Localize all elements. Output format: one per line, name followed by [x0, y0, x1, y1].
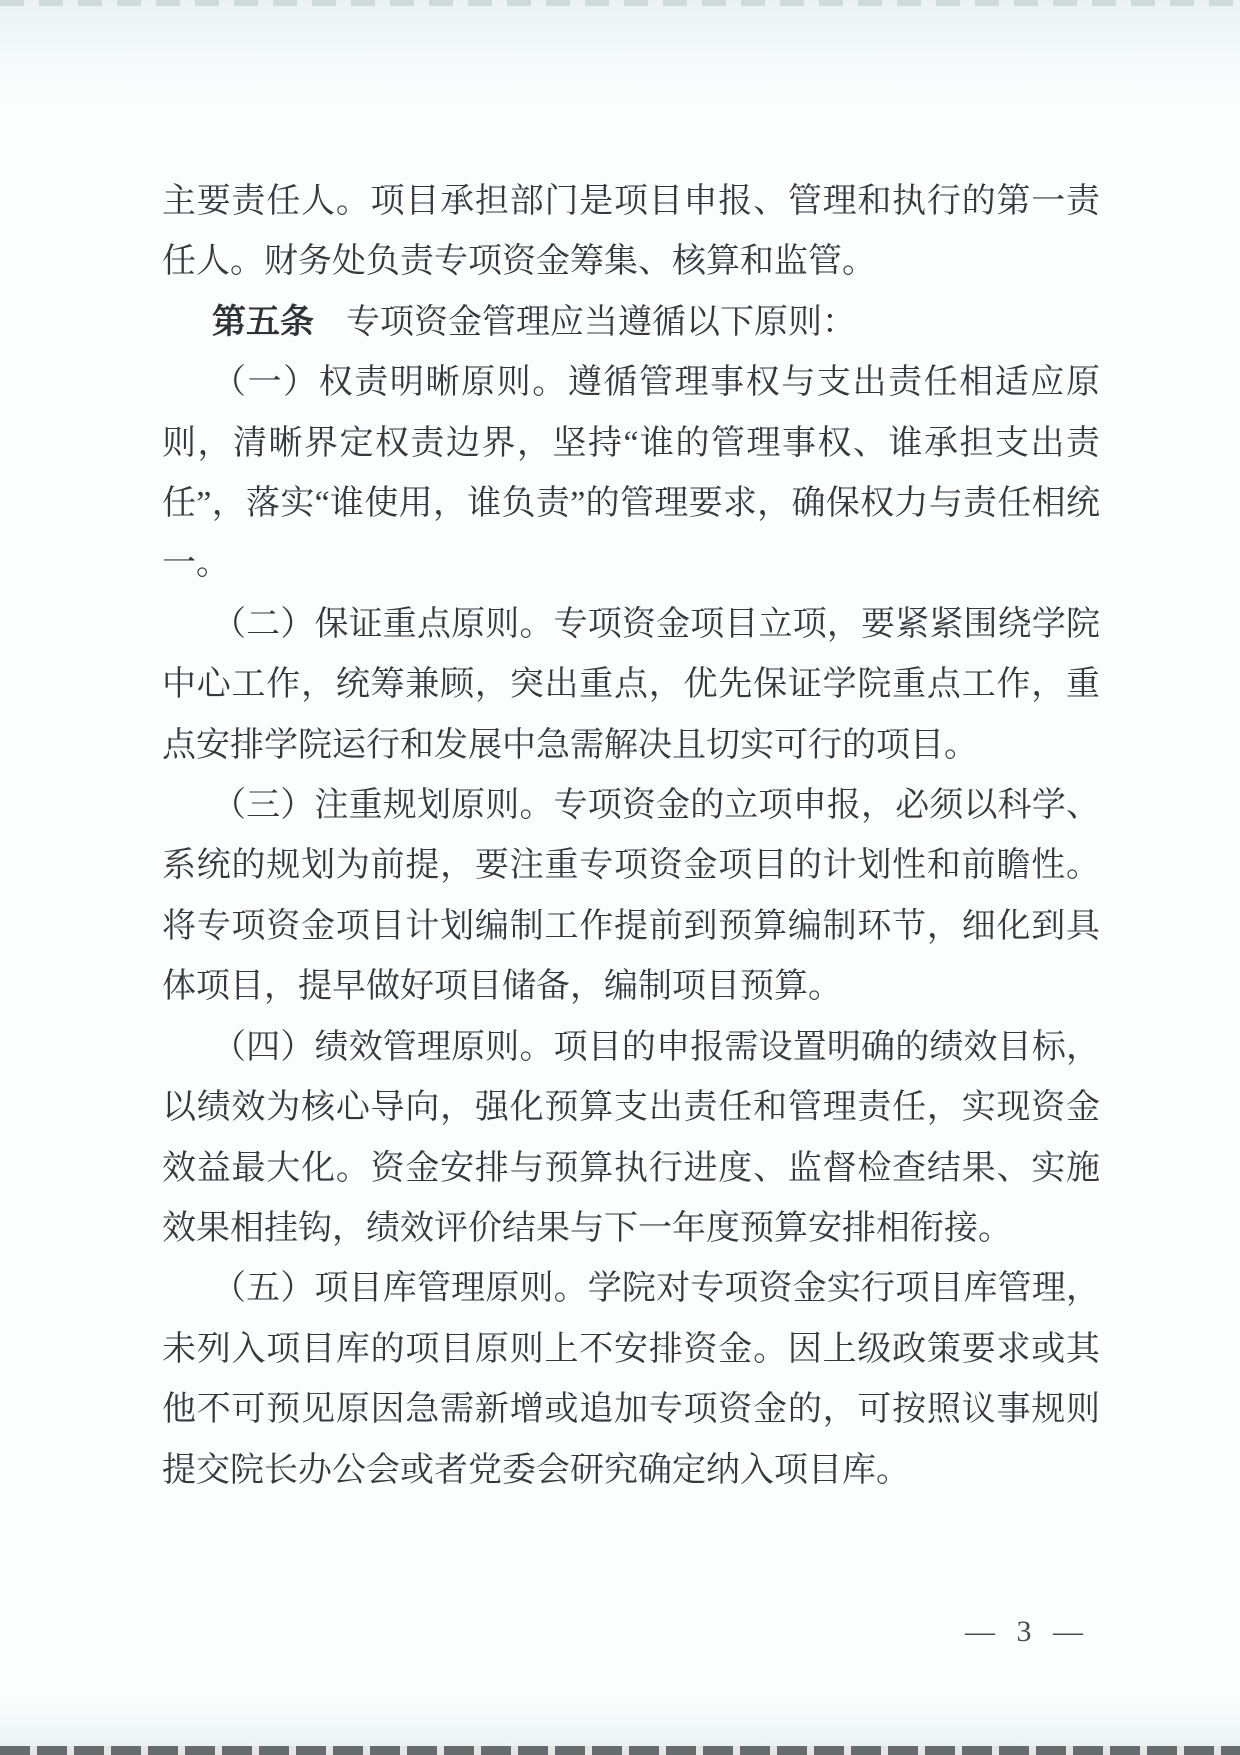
- document-body: 主要责任人。项目承担部门是项目申报、管理和执行的第一责任人。财务处负责专项资金筹…: [162, 172, 1100, 1501]
- scanned-document-page: 主要责任人。项目承担部门是项目申报、管理和执行的第一责任人。财务处负责专项资金筹…: [0, 0, 1240, 1755]
- scan-artifact-bottom-wash: [0, 1694, 1240, 1746]
- principle-item-5: （五）项目库管理原则。学院对专项资金实行项目库管理，未列入项目库的项目原则上不安…: [162, 1259, 1100, 1501]
- principle-item-4: （四）绩效管理原则。项目的申报需设置明确的绩效目标，以绩效为核心导向，强化预算支…: [162, 1018, 1100, 1260]
- article-heading-text: 专项资金管理应当遵循以下原则：: [346, 304, 856, 341]
- article-heading: 第五条专项资金管理应当遵循以下原则：: [162, 293, 1100, 353]
- principle-item-2: （二）保证重点原则。专项资金项目立项，要紧紧围绕学院中心工作，统筹兼顾，突出重点…: [162, 595, 1100, 776]
- scan-artifact-bottom-edge: [0, 1746, 1240, 1755]
- page-number: — 3 —: [965, 1612, 1090, 1652]
- article-number: 第五条: [212, 304, 314, 341]
- scan-artifact-top-edge: [0, 0, 1240, 6]
- paragraph-continuation: 主要责任人。项目承担部门是项目申报、管理和执行的第一责任人。财务处负责专项资金筹…: [162, 172, 1100, 293]
- principle-item-3: （三）注重规划原则。专项资金的立项申报，必须以科学、系统的规划为前提，要注重专项…: [162, 776, 1100, 1018]
- scan-artifact-top-wash: [0, 0, 1240, 115]
- principle-item-1: （一）权责明晰原则。遵循管理事权与支出责任相适应原则，清晰界定权责边界，坚持“谁…: [162, 353, 1100, 595]
